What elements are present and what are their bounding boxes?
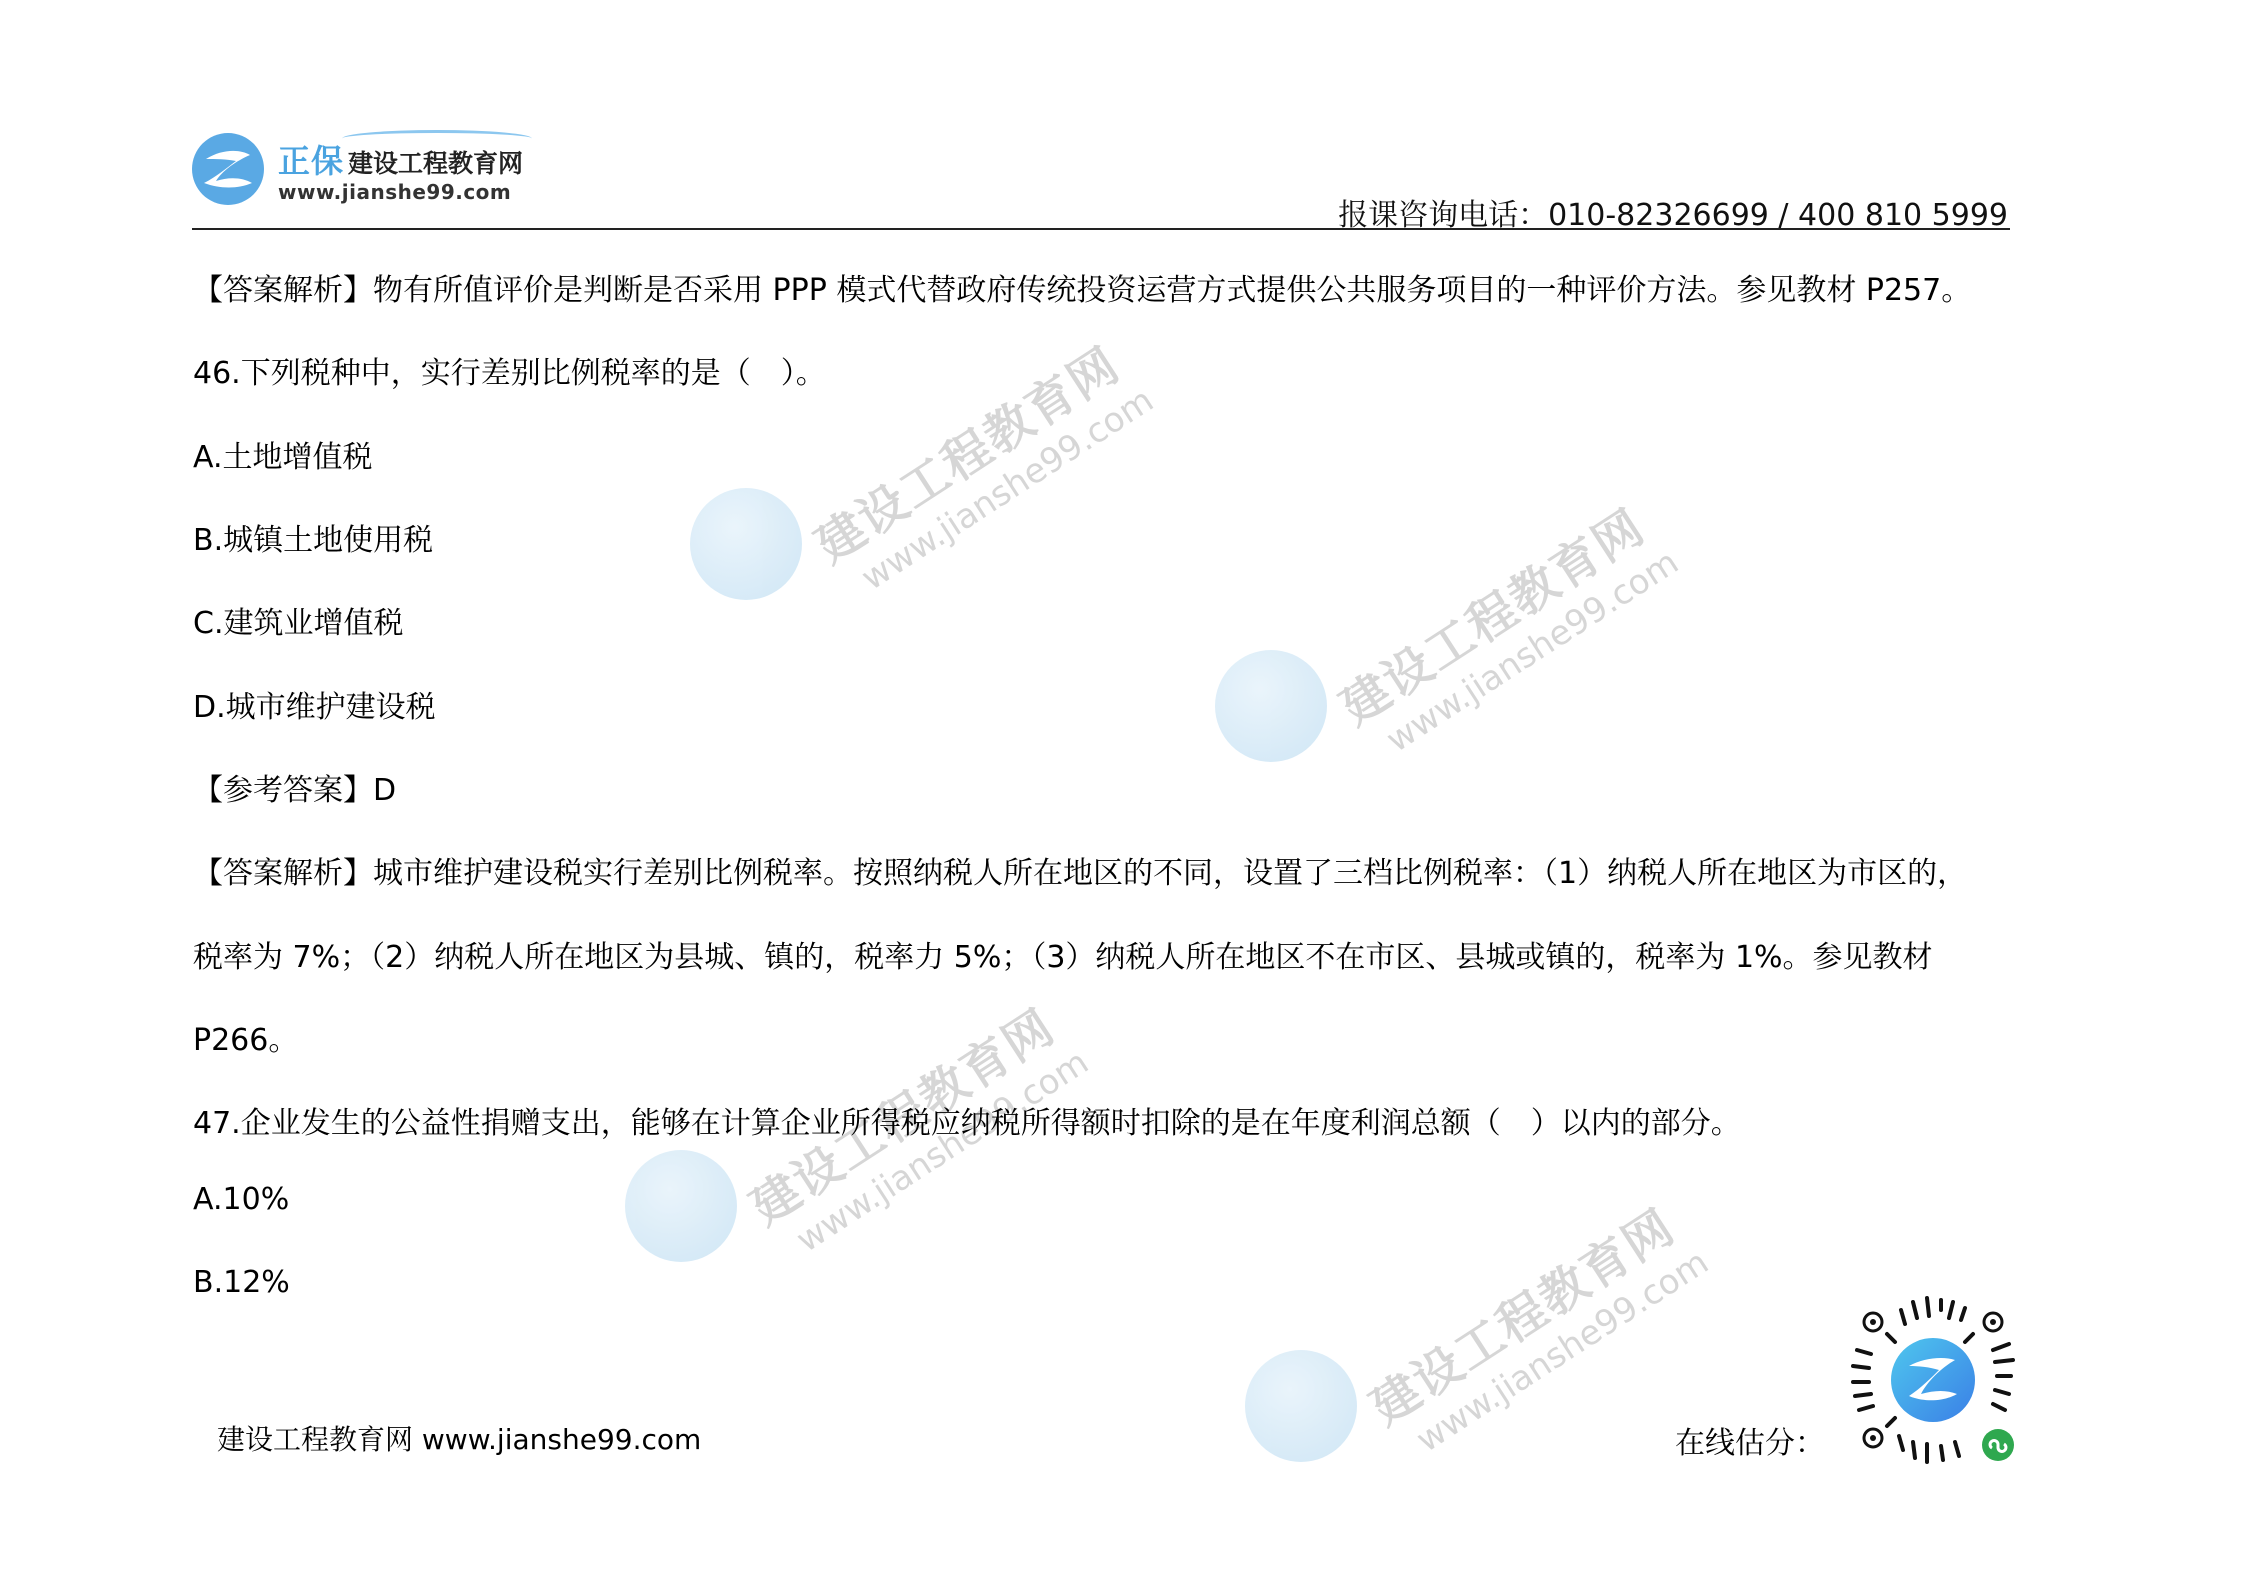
logo-url: www.jianshe99.com bbox=[278, 180, 511, 204]
q46-option-a: A.土地增值税 bbox=[193, 432, 373, 476]
watermark-logo-icon bbox=[625, 1150, 737, 1262]
q47-option-b: B.12% bbox=[193, 1265, 290, 1300]
q46-option-b: B.城镇土地使用税 bbox=[193, 515, 433, 559]
watermark-logo-icon bbox=[1215, 650, 1327, 762]
mini-program-qr-code[interactable] bbox=[1843, 1290, 2023, 1470]
question-46-text: 46.下列税种中，实行差别比例税率的是（ ）。 bbox=[193, 348, 826, 392]
watermark-logo-icon bbox=[690, 488, 802, 600]
watermark-logo-icon bbox=[1245, 1350, 1357, 1462]
header-divider bbox=[192, 228, 2010, 230]
logo-brand-name: 正保建设工程教育网 bbox=[278, 136, 523, 182]
logo-brand-blue: 正保 bbox=[278, 142, 344, 180]
logo-brand-dark: 建设工程教育网 bbox=[348, 149, 523, 178]
logo-z-icon bbox=[192, 133, 264, 205]
q47-option-a: A.10% bbox=[193, 1182, 289, 1217]
footer-site-link[interactable]: 建设工程教育网 www.jianshe99.com bbox=[217, 1418, 701, 1458]
footer-online-scoring-label: 在线估分： bbox=[1675, 1418, 1825, 1462]
q46-reference-answer: 【参考答案】D bbox=[193, 765, 396, 809]
q46-option-d: D.城市维护建设税 bbox=[193, 682, 436, 726]
previous-answer-analysis: 【答案解析】物有所值评价是判断是否采用 PPP 模式代替政府传统投资运营方式提供… bbox=[193, 265, 1971, 309]
q46-analysis-line-3: P266。 bbox=[193, 1015, 298, 1059]
q46-option-c: C.建筑业增值税 bbox=[193, 598, 403, 642]
q46-analysis-line-2: 税率为 7%；（2）纳税人所在地区为县城、镇的，税率力 5%；（3）纳税人所在地… bbox=[193, 932, 1933, 976]
site-logo[interactable]: 正保建设工程教育网 www.jianshe99.com bbox=[192, 130, 532, 210]
q46-analysis-line-1: 【答案解析】城市维护建设税实行差别比例税率。按照纳税人所在地区的不同，设置了三档… bbox=[193, 848, 1967, 892]
question-47-text: 47.企业发生的公益性捐赠支出，能够在计算企业所得税应纳税所得额时扣除的是在年度… bbox=[193, 1098, 1741, 1142]
